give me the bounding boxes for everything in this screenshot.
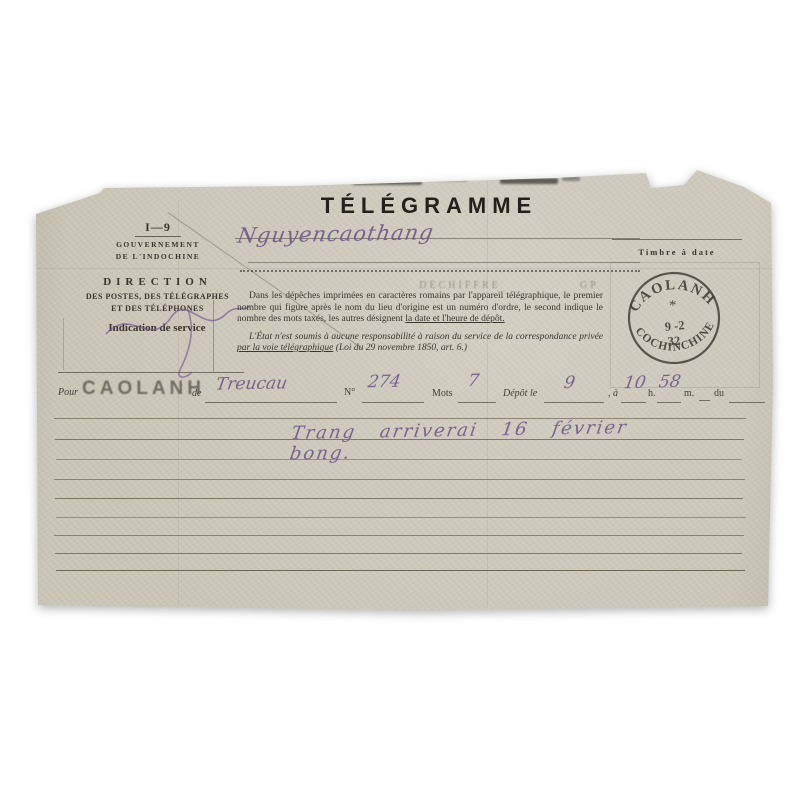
service-box-left-border — [63, 318, 64, 370]
ruled-line — [55, 498, 743, 499]
notice-p2-underlined: par la voie télégraphique — [237, 343, 333, 353]
postmark-day-month: 9 -2 — [664, 318, 685, 334]
depot-day-handwritten: 9 — [562, 373, 576, 393]
h-label: h. — [648, 388, 656, 399]
mots-field-rule — [458, 402, 496, 403]
notice-p2-text: L'État n'est soumis à aucune responsabil… — [249, 332, 603, 342]
scan-canvas: TÉLÉGRAMME I—9 GOUVERNEMENT DE L'INDOCHI… — [0, 0, 800, 800]
ruled-line — [55, 553, 742, 554]
direction-line1: DIRECTION — [70, 276, 245, 288]
postmark-stamp: CAOLANH COCHINCHINE * 9 -2 32 — [609, 253, 739, 383]
de-label: de — [192, 388, 201, 399]
ruled-line — [56, 517, 746, 518]
torn-edge-smudge — [562, 176, 580, 181]
recipient-name-handwritten: Nguyencaothang — [236, 220, 436, 247]
m-label: m. — [684, 388, 694, 399]
ruled-line — [54, 479, 745, 480]
m-trailing-rule — [699, 400, 710, 401]
timbre-rule — [612, 239, 742, 240]
hour-field-rule — [621, 402, 646, 403]
government-line1: GOUVERNEMENT — [78, 240, 238, 249]
ruled-line — [54, 535, 744, 536]
dotted-route-line — [240, 270, 640, 272]
hour-handwritten: 10 — [622, 373, 647, 393]
depot-label: Dépôt le — [503, 388, 537, 399]
telegram-paper-wrap: TÉLÉGRAMME I—9 GOUVERNEMENT DE L'INDOCHI… — [0, 0, 800, 800]
form-number: I—9 — [135, 220, 181, 237]
du-field-rule — [729, 402, 765, 403]
ruled-line — [56, 459, 742, 460]
ruled-line — [56, 570, 745, 571]
ruled-line — [54, 418, 746, 419]
notice-paragraph-2: L'État n'est soumis à aucune responsabil… — [237, 332, 603, 355]
notice-p1-underlined: la date et l'heure de dépôt. — [405, 314, 504, 324]
origin-handwritten: Treucau — [214, 373, 288, 394]
telegram-paper: TÉLÉGRAMME I—9 GOUVERNEMENT DE L'INDOCHI… — [0, 0, 800, 800]
du-label: du — [714, 388, 724, 399]
fold-crease-center — [487, 180, 489, 608]
recipient-rule-bottom — [248, 262, 640, 263]
faint-overprint-center: DECHIFFRE — [360, 280, 560, 291]
depot-field-rule — [544, 402, 604, 403]
postmark-year: 32 — [667, 334, 681, 349]
pour-label: Pour — [58, 387, 78, 398]
numero-field-rule — [362, 402, 424, 403]
numero-label: N° — [344, 387, 355, 398]
notice-p2-citation: (Loi du 29 novembre 1850, art. 6.) — [333, 343, 467, 353]
form-title: TÉLÉGRAMME — [298, 193, 560, 219]
minute-field-rule — [657, 402, 681, 403]
printed-notice: Dans les dépêches imprimées en caractère… — [237, 291, 603, 361]
postmark-star: * — [669, 298, 678, 315]
numero-handwritten: 274 — [366, 372, 402, 393]
government-line2: DE L'INDOCHINE — [78, 252, 238, 261]
a-label: , à — [608, 388, 618, 399]
notice-paragraph-1: Dans les dépêches imprimées en caractère… — [237, 291, 603, 326]
torn-edge-smudge — [500, 178, 558, 184]
faint-overprint-right: GP — [580, 280, 599, 291]
torn-edge-smudge — [230, 176, 348, 185]
minute-handwritten: 58 — [657, 372, 682, 392]
message-line2-handwritten: bong. — [288, 442, 353, 464]
torn-edge-smudge — [352, 179, 422, 185]
origin-field-rule — [205, 402, 337, 403]
mots-label: Mots — [432, 388, 453, 399]
destination-stamp: CAOLANH — [82, 378, 205, 400]
torn-edge-smudge — [428, 176, 468, 181]
mots-handwritten: 7 — [466, 371, 480, 391]
